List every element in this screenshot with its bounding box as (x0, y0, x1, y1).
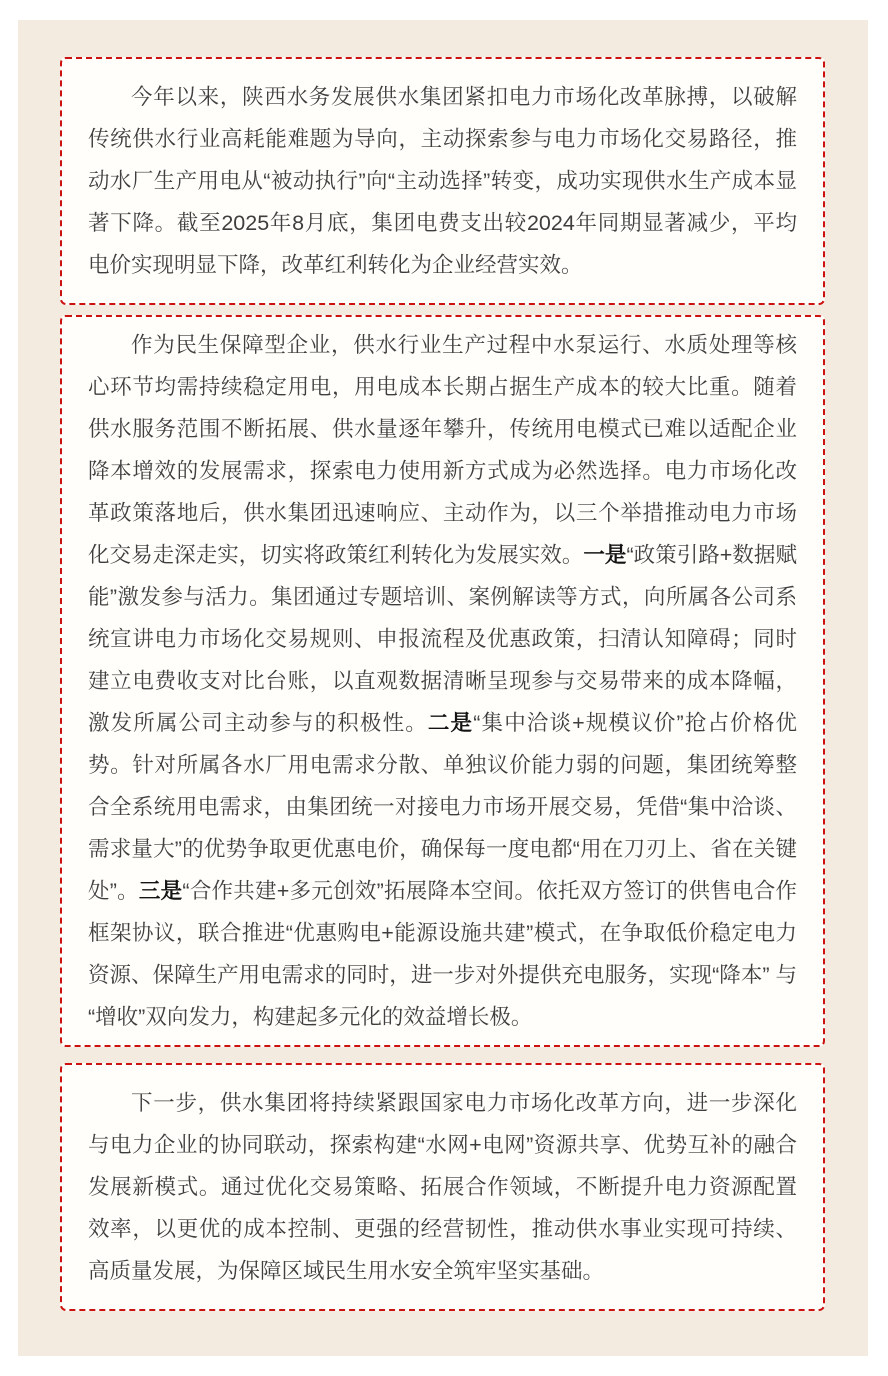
intro-paragraph: 今年以来，陕西水务发展供水集团紧扣电力市场化改革脉搏，以破解传统供水行业高耗能难… (88, 76, 797, 286)
text-segment: “集中洽谈+规模议价”抢占价格优势。针对所属各水厂用电需求分散、单独议价能力弱的… (88, 711, 797, 903)
article-page: 今年以来，陕西水务发展供水集团紧扣电力市场化改革脉搏，以破解传统供水行业高耗能难… (0, 0, 888, 1376)
text-segment: 下一步，供水集团将持续紧跟国家电力市场化改革方向，进一步深化与电力企业的协同联动… (88, 1091, 797, 1283)
article-content-area: 今年以来，陕西水务发展供水集团紧扣电力市场化改革脉搏，以破解传统供水行业高耗能难… (18, 20, 868, 1356)
bold-text-segment: 三是 (139, 879, 183, 903)
intro-card: 今年以来，陕西水务发展供水集团紧扣电力市场化改革脉搏，以破解传统供水行业高耗能难… (60, 57, 825, 305)
card-gap (60, 305, 825, 315)
text-segment: 今年以来，陕西水务发展供水集团紧扣电力市场化改革脉搏，以破解传统供水行业高耗能难… (88, 85, 797, 277)
measures-card: 作为民生保障型企业，供水行业生产过程中水泵运行、水质处理等核心环节均需持续稳定用… (60, 315, 825, 1047)
outlook-paragraph: 下一步，供水集团将持续紧跟国家电力市场化改革方向，进一步深化与电力企业的协同联动… (88, 1082, 797, 1292)
outlook-card: 下一步，供水集团将持续紧跟国家电力市场化改革方向，进一步深化与电力企业的协同联动… (60, 1063, 825, 1311)
card-gap (60, 1047, 825, 1063)
text-segment: “合作共建+多元创效”拓展降本空间。依托双方签订的供售电合作框架协议，联合推进“… (88, 879, 797, 1029)
bold-text-segment: 二是 (428, 711, 473, 735)
text-segment: 作为民生保障型企业，供水行业生产过程中水泵运行、水质处理等核心环节均需持续稳定用… (88, 333, 797, 567)
bold-text-segment: 一是 (583, 543, 626, 567)
text-segment: “政策引路+数据赋能”激发参与活力。集团通过专题培训、案例解读等方式，向所属各公… (88, 543, 797, 735)
measures-paragraph: 作为民生保障型企业，供水行业生产过程中水泵运行、水质处理等核心环节均需持续稳定用… (88, 324, 797, 1038)
